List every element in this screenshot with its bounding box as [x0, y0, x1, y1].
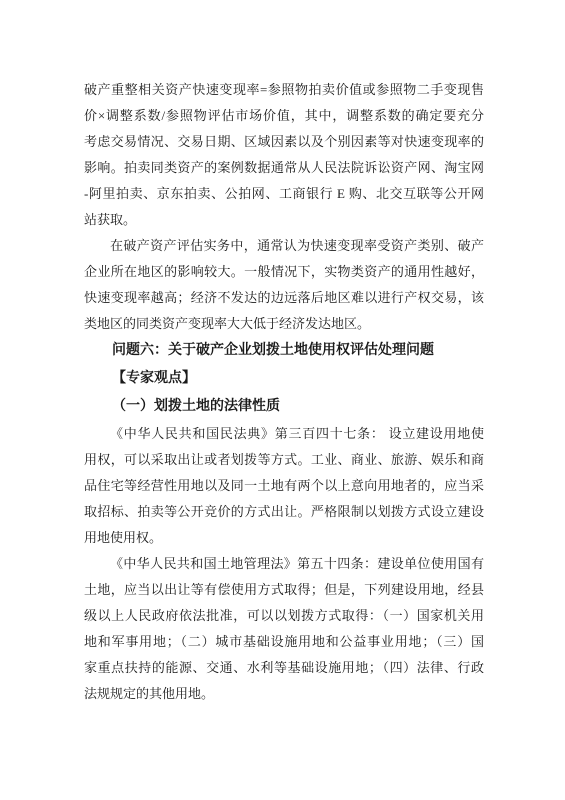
- text-line: 用地使用权。: [84, 525, 484, 551]
- text-line: 站获取。: [84, 207, 484, 233]
- text-line: 《中华人民共和国土地管理法》第五十四条：建设单位使用国有: [84, 551, 484, 577]
- section-heading: 问题六：关于破产企业划拨土地使用权评估处理问题: [84, 337, 484, 365]
- text-line: 土地，应当以出让等有偿使用方式取得；但是，下列建设用地，经县: [84, 577, 484, 603]
- text-line: 品住宅等经营性用地以及同一土地有两个以上意向用地者的，应当采: [84, 473, 484, 499]
- text-line: 快速变现率越高；经济不发达的边远落后地区难以进行产权交易，该: [84, 285, 484, 311]
- document-text-block: 破产重整相关资产快速变现率=参照物拍卖价值或参照物二手变现售 价×调整系数/参照…: [84, 77, 484, 707]
- text-line: 取招标、拍卖等公开竞价的方式出让。严格限制以划拨方式设立建设: [84, 499, 484, 525]
- text-line: 级以上人民政府依法批准，可以以划拨方式取得：（一）国家机关用: [84, 603, 484, 629]
- subsection-heading: （一）划拨土地的法律性质: [84, 393, 484, 421]
- text-line: 破产重整相关资产快速变现率=参照物拍卖价值或参照物二手变现售: [84, 77, 484, 103]
- expert-view-heading: 【专家观点】: [84, 365, 484, 393]
- text-line: 考虑交易情况、交易日期、区域因素以及个别因素等对快速变现率的: [84, 129, 484, 155]
- text-line: 家重点扶持的能源、交通、水利等基础设施用地；（四）法律、行政: [84, 655, 484, 681]
- document-page: 破产重整相关资产快速变现率=参照物拍卖价值或参照物二手变现售 价×调整系数/参照…: [0, 0, 565, 800]
- text-line: 类地区的同类资产变现率大大低于经济发达地区。: [84, 311, 484, 337]
- text-line: 企业所在地区的影响较大。一般情况下，实物类资产的通用性越好，: [84, 259, 484, 285]
- text-line: 影响。拍卖同类资产的案例数据通常从人民法院诉讼资产网、淘宝网: [84, 155, 484, 181]
- text-line: 在破产资产评估实务中，通常认为快速变现率受资产类别、破产: [84, 233, 484, 259]
- text-line: 地和军事用地；（二）城市基础设施用地和公益事业用地；（三）国: [84, 629, 484, 655]
- text-line: 法规规定的其他用地。: [84, 681, 484, 707]
- text-line: 《中华人民共和国民法典》第三百四十七条： 设立建设用地使: [84, 421, 484, 447]
- text-line: -阿里拍卖、京东拍卖、公拍网、工商银行 E 购、北交互联等公开网: [84, 181, 484, 207]
- text-line: 用权，可以采取出让或者划拨等方式。工业、商业、旅游、娱乐和商: [84, 447, 484, 473]
- text-line: 价×调整系数/参照物评估市场价值，其中，调整系数的确定要充分: [84, 103, 484, 129]
